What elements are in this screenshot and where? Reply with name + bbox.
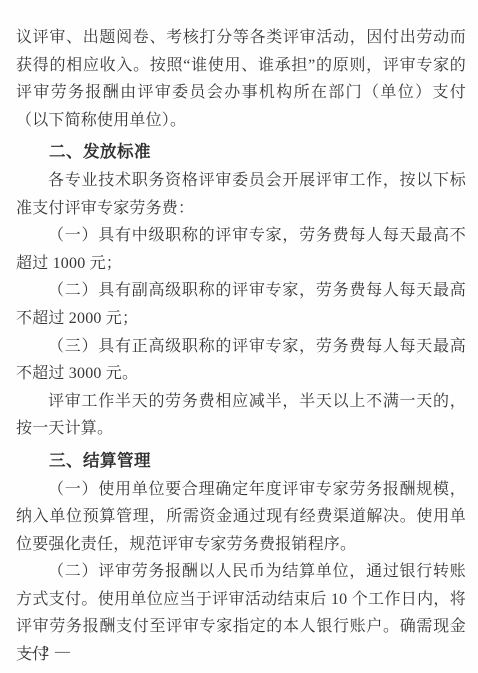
para-standard-item-1: （一）具有中级职称的评审专家，劳务费每人每天最高不超过 1000 元； <box>16 222 466 277</box>
para-settlement-item-2: （二）评审劳务报酬以人民币为结算单位，通过银行转账方式支付。使用单位应当于评审活… <box>16 558 466 668</box>
para-half-day-rule: 评审工作半天的劳务费相应减半，半天以上不满一天的，按一天计算。 <box>16 388 466 443</box>
heading-section-3: 三、结算管理 <box>16 448 466 476</box>
para-settlement-item-1: （一）使用单位要合理确定年度评审专家劳务报酬规模，纳入单位预算管理，所需资金通过… <box>16 476 466 559</box>
para-standard-item-3: （三）具有正高级职称的评审专家，劳务费每人每天最高不超过 3000 元。 <box>16 333 466 388</box>
heading-section-2: 二、发放标准 <box>16 139 466 167</box>
continued-paragraph: 议评审、出题阅卷、考核打分等各类评审活动，因付出劳动而获得的相应收入。按照“谁使… <box>16 24 466 134</box>
para-standards-intro: 各专业技术职务资格评审委员会开展评审工作，按以下标准支付评审专家劳务费： <box>16 167 466 222</box>
page-number: — 2 — <box>21 644 71 661</box>
para-standard-item-2: （二）具有副高级职称的评审专家，劳务费每人每天最高不超过 2000 元； <box>16 277 466 332</box>
document-page: 议评审、出题阅卷、考核打分等各类评审活动，因付出劳动而获得的相应收入。按照“谁使… <box>0 0 478 673</box>
